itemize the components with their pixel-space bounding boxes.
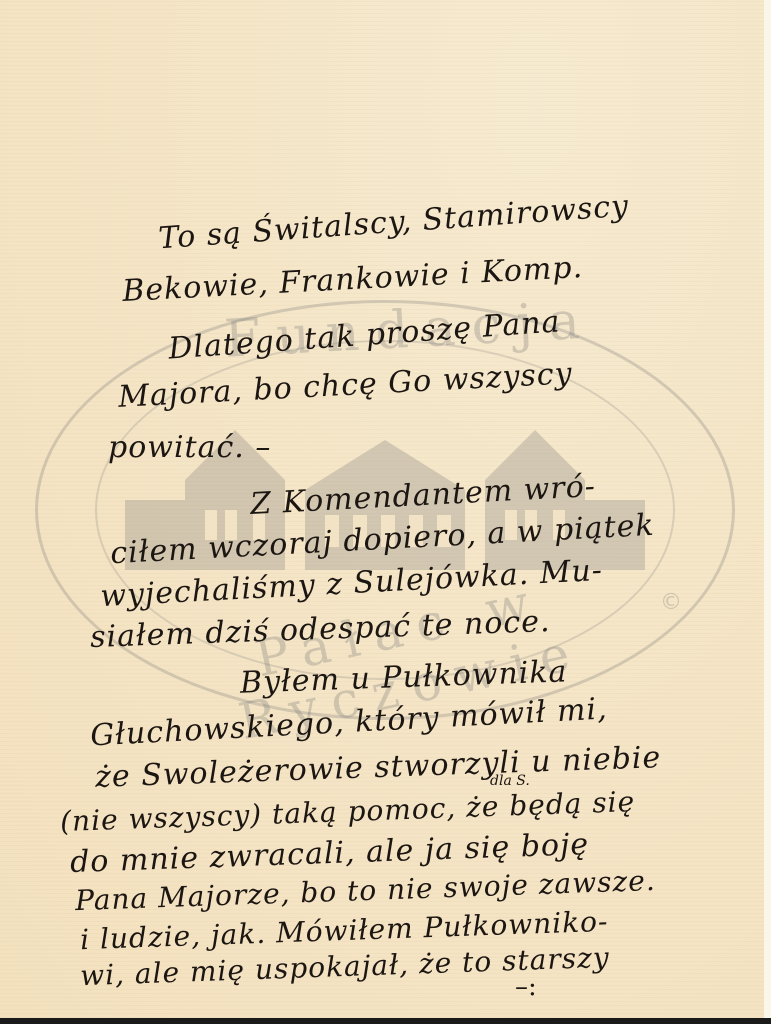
letter-line-2: Bekowie, Frankowie i Komp.	[121, 250, 583, 309]
interlinear-insert: dla S.	[490, 773, 530, 789]
letter-line-1: To są Świtalscy, Stamirowscy	[157, 189, 630, 257]
closing-mark: –:	[515, 972, 537, 1002]
letter-line-10: Byłem u Pułkownika	[239, 654, 567, 700]
letter-line-9: siałem dziś odespać te noce.	[90, 604, 551, 655]
letter-text: To są Świtalscy, Stamirowscy Bekowie, Fr…	[0, 0, 764, 1018]
letter-line-5: powitać. –	[108, 430, 271, 465]
scan-edge-bottom	[0, 1018, 771, 1024]
letter-line-3: Dlatego tak proszę Pana	[167, 304, 561, 366]
scan-edge-right	[764, 0, 771, 1018]
